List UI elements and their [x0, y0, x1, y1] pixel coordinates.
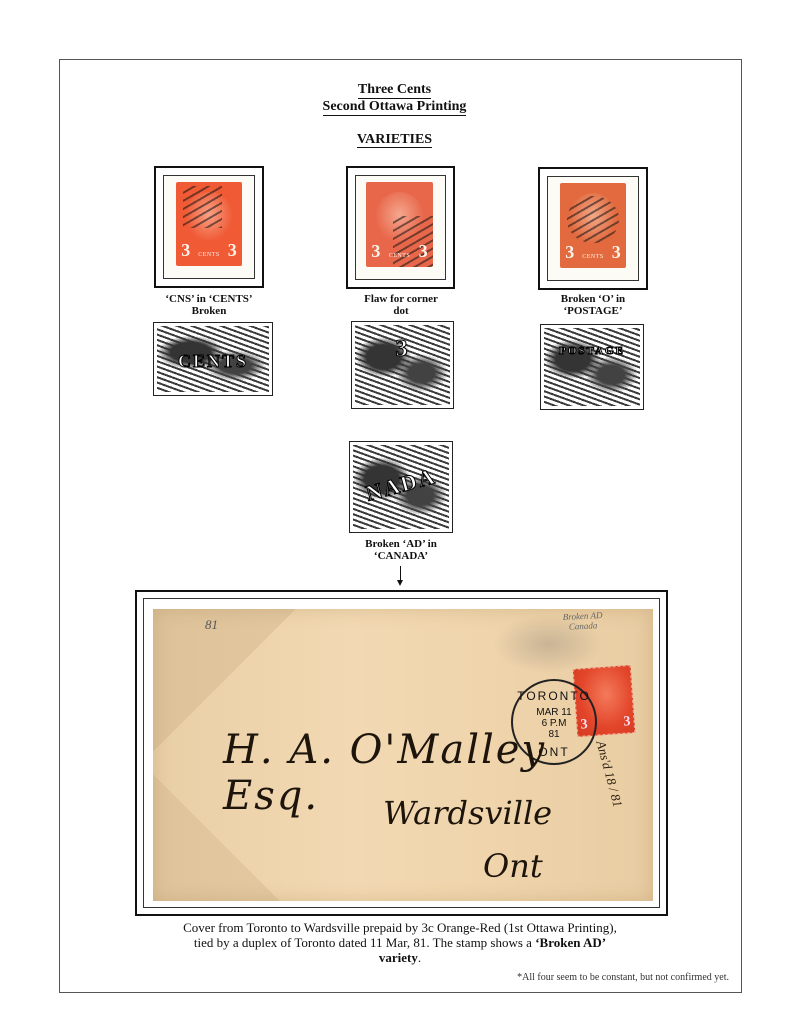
stamp-3c-corner-dot-flaw: 3 CENTS 3	[366, 182, 433, 267]
pencil-notation: 81	[205, 617, 218, 633]
variety-label-cns-broken: ‘CNS’ in ‘CENTS’ Broken	[134, 293, 284, 317]
cover-mount: 81 Broken AD Canada 3 3 TORONTO MAR 11 6…	[135, 590, 668, 916]
grid-cancel	[567, 196, 620, 243]
stamp-mount-broken-o: 3 CENTS 3	[538, 167, 648, 290]
title-line-2: Second Ottawa Printing	[323, 99, 467, 116]
closeup-broken-ad: NADA	[349, 441, 453, 533]
pencil-variety-note: Broken AD Canada	[563, 610, 604, 632]
title-line-1: Three Cents	[358, 82, 431, 99]
section-heading: VARIETIES	[0, 132, 789, 148]
postal-cover: 81 Broken AD Canada 3 3 TORONTO MAR 11 6…	[153, 609, 653, 901]
closeup-cns-broken: CENTS	[153, 322, 273, 396]
address-province: Ont	[483, 847, 543, 885]
address-town: Wardsville	[383, 794, 552, 832]
grid-cancel	[183, 186, 223, 228]
footnote: *All four seem to be constant, but not c…	[517, 972, 729, 983]
page-title: Three Cents Second Ottawa Printing	[0, 82, 789, 116]
variety-label-broken-o: Broken ‘O’ in ‘POSTAGE’	[518, 293, 668, 317]
stamp-mount-cns-broken: 3 CENTS 3	[154, 166, 264, 288]
arrow-down-icon	[400, 566, 401, 584]
stamp-mount-corner-dot: 3 CENTS 3	[346, 166, 455, 289]
cover-caption: Cover from Toronto to Wardsville prepaid…	[120, 920, 680, 965]
closeup-corner-dot: 3	[351, 321, 454, 409]
stamp-3c-cns-broken: 3 CENTS 3	[176, 182, 242, 266]
closeup-broken-o: POSTAGE	[540, 324, 644, 410]
variety-label-broken-ad: Broken ‘AD’ in ‘CANADA’	[326, 538, 476, 562]
variety-label-corner-dot: Flaw for corner dot	[326, 293, 476, 317]
stamp-3c-broken-o: 3 CENTS 3	[560, 183, 626, 268]
